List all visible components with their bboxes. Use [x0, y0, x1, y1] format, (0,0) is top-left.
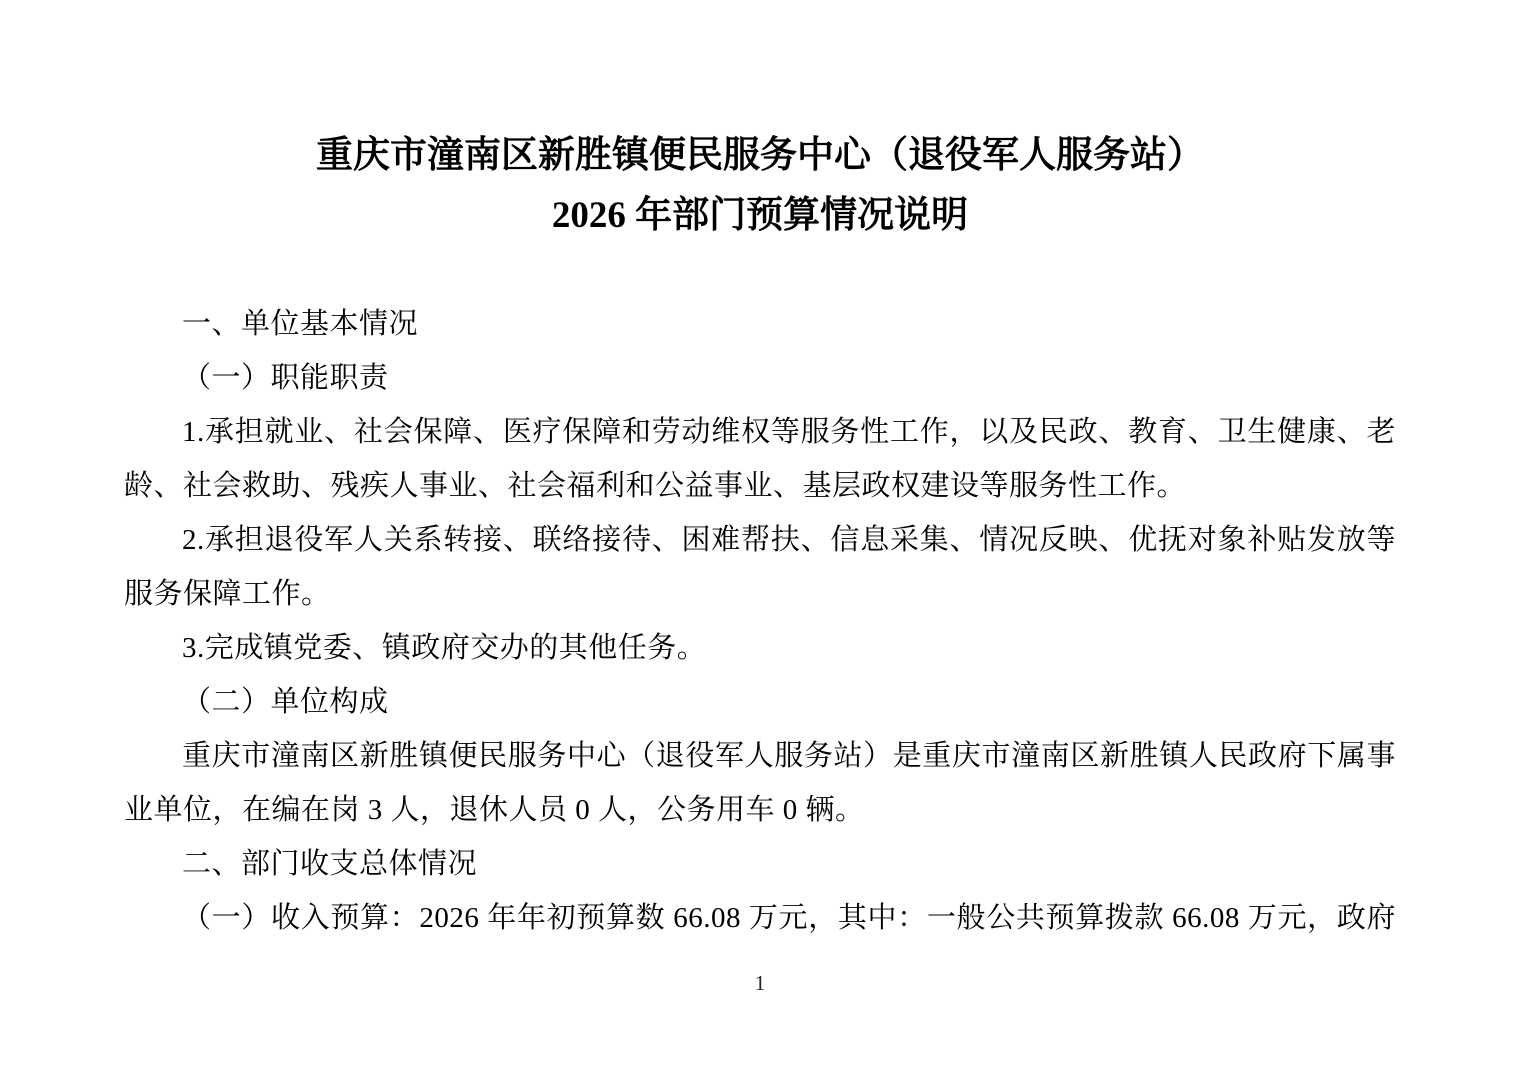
- unit-composition-paragraph: 重庆市潼南区新胜镇便民服务中心（退役军人服务站）是重庆市潼南区新胜镇人民政府下属…: [124, 729, 1396, 837]
- subsection-1-1-heading: （一）职能职责: [124, 351, 1396, 405]
- section-1-heading: 一、单位基本情况: [124, 297, 1396, 351]
- subsection-1-2-heading: （二）单位构成: [124, 675, 1396, 729]
- page-number: 1: [0, 971, 1520, 996]
- document-page: 重庆市潼南区新胜镇便民服务中心（退役军人服务站） 2026 年部门预算情况说明 …: [0, 0, 1520, 1074]
- duty-item-3: 3.完成镇党委、镇政府交办的其他任务。: [124, 621, 1396, 675]
- document-title-line-2: 2026 年部门预算情况说明: [124, 186, 1396, 246]
- section-2-heading: 二、部门收支总体情况: [124, 837, 1396, 891]
- document-title: 重庆市潼南区新胜镇便民服务中心（退役军人服务站） 2026 年部门预算情况说明: [124, 126, 1396, 246]
- duty-item-2: 2.承担退役军人关系转接、联络接待、困难帮扶、信息采集、情况反映、优抚对象补贴发…: [124, 513, 1396, 621]
- document-body: 一、单位基本情况 （一）职能职责 1.承担就业、社会保障、医疗保障和劳动维权等服…: [124, 297, 1396, 945]
- document-title-line-1: 重庆市潼南区新胜镇便民服务中心（退役军人服务站）: [124, 126, 1396, 186]
- document-content: 重庆市潼南区新胜镇便民服务中心（退役军人服务站） 2026 年部门预算情况说明 …: [0, 0, 1520, 945]
- duty-item-1: 1.承担就业、社会保障、医疗保障和劳动维权等服务性工作，以及民政、教育、卫生健康…: [124, 405, 1396, 513]
- income-budget-paragraph: （一）收入预算：2026 年年初预算数 66.08 万元，其中：一般公共预算拨款…: [124, 891, 1396, 945]
